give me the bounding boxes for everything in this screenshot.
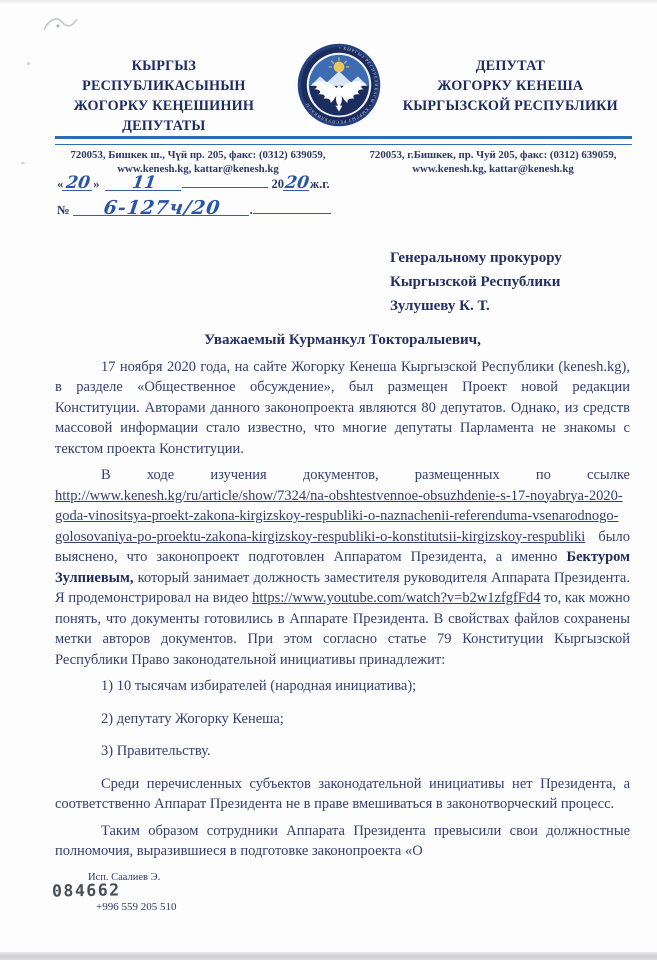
number-label: № — [57, 203, 70, 218]
handwritten-year: 20 — [283, 176, 311, 191]
blank-underline — [182, 187, 268, 188]
letterhead: КЫРГЫЗ РЕСПУБЛИКАСЫНЫН ЖОГОРКУ КЕҢЕШИНИН… — [0, 0, 657, 136]
contact-right-line: 720053, г.Бишкек, пр. Чуй 205, факс: (03… — [359, 148, 627, 162]
list-item: 3) Правительству. — [55, 741, 630, 762]
scanned-letter: КЫРГЫЗ РЕСПУБЛИКАСЫНЫН ЖОГОРКУ КЕҢЕШИНИН… — [0, 0, 657, 960]
letterhead-left-title: КЫРГЫЗ РЕСПУБЛИКАСЫНЫН ЖОГОРКУ КЕҢЕШИНИН… — [55, 56, 273, 136]
addressee-line: Генеральному прокурору — [390, 246, 657, 270]
letter-body: Уважаемый Курманкул Токторалыевич, 17 но… — [55, 330, 630, 920]
p2-intro: В ходе изучения документов, размещенных … — [101, 467, 630, 483]
paragraph-documents-study: В ходе изучения документов, размещенных … — [55, 465, 630, 670]
list-item: 2) депутату Жогорку Кенеша; — [55, 709, 630, 730]
salutation: Уважаемый Курманкул Токторалыевич, — [55, 330, 630, 351]
executor-note: Исп. Саалиев Э. — [88, 868, 630, 889]
blank-underline — [253, 213, 331, 214]
scan-speck — [27, 62, 30, 65]
youtube-video-link[interactable]: https://www.youtube.com/watch?v=b2w1zfgf… — [252, 590, 540, 606]
paragraph-conclusion: Таким образом сотрудники Аппарата Презид… — [55, 821, 630, 862]
executor-phone: +996 559 205 510 — [96, 897, 630, 918]
scan-speck — [21, 162, 25, 164]
kyrgyz-state-emblem: • КЫРГЫЗ РЕСПУБЛИКАСЫ • КЫРГЫЗ РЕСПУБЛИК… — [295, 42, 383, 128]
list-item: 1) 10 тысячам избирателей (народная иниц… — [55, 676, 630, 697]
handwritten-day: 20 — [62, 176, 94, 191]
stamp-number: 084662 — [52, 880, 121, 902]
paragraph-constitution-draft: 17 ноября 2020 года, на сайте Жогорку Ке… — [55, 357, 630, 460]
kenesh-article-link[interactable]: http://www.kenesh.kg/ru/article/show/732… — [55, 488, 623, 545]
scan-top-edge — [0, 0, 657, 4]
paragraph-no-president: Среди перечисленных субъектов законодате… — [55, 774, 630, 815]
contacts-row: 720053, Бишкек ш., Чүй пр. 205, факс: (0… — [0, 145, 657, 176]
footer-block: Исп. Саалиев Э. 084662 +996 559 205 510 — [88, 868, 630, 920]
right-title-line: ДЕПУТАТ — [391, 56, 630, 76]
letterhead-right-title: ДЕПУТАТ ЖОГОРКУ КЕНЕША КЫРГЫЗСКОЙ РЕСПУБ… — [391, 56, 630, 116]
left-title-line: КЫРГЫЗ РЕСПУБЛИКАСЫНЫН — [55, 56, 273, 96]
contact-left-line: 720053, Бишкек ш., Чүй пр. 205, факс: (0… — [42, 148, 354, 162]
pen-scribble-mark — [36, 6, 82, 40]
contact-right-line: www.kenesh.kg, kattar@kenesh.kg — [359, 162, 627, 176]
addressee-line: Зулушеву К. Т. — [390, 294, 657, 318]
header-divider — [55, 136, 632, 145]
reference-block: «20»112020ж.г. №6-127ч/20. — [57, 176, 657, 226]
handwritten-month: 11 — [104, 176, 182, 191]
contact-left: 720053, Бишкек ш., Чүй пр. 205, факс: (0… — [42, 148, 354, 176]
left-title-line: ДЕПУТАТЫ — [55, 116, 273, 136]
right-title-line: КЫРГЫЗСКОЙ РЕСПУБЛИКИ — [391, 96, 630, 116]
addressee-block: Генеральному прокурору Кыргызской Респуб… — [390, 246, 657, 318]
scan-bottom-edge — [0, 952, 657, 960]
contact-right: 720053, г.Бишкек, пр. Чуй 205, факс: (03… — [359, 148, 627, 176]
left-title-line: ЖОГОРКУ КЕҢЕШИНИН — [55, 96, 273, 116]
legislative-initiative-list: 1) 10 тысячам избирателей (народная иниц… — [55, 676, 630, 762]
quote-close: » — [93, 177, 99, 192]
addressee-line: Кыргызской Республики — [390, 270, 657, 294]
handwritten-number: 6-127ч/20 — [73, 201, 251, 216]
number-line: №6-127ч/20. — [57, 201, 657, 226]
year-suffix: ж.г. — [310, 177, 330, 192]
right-title-line: ЖОГОРКУ КЕНЕША — [391, 76, 630, 96]
